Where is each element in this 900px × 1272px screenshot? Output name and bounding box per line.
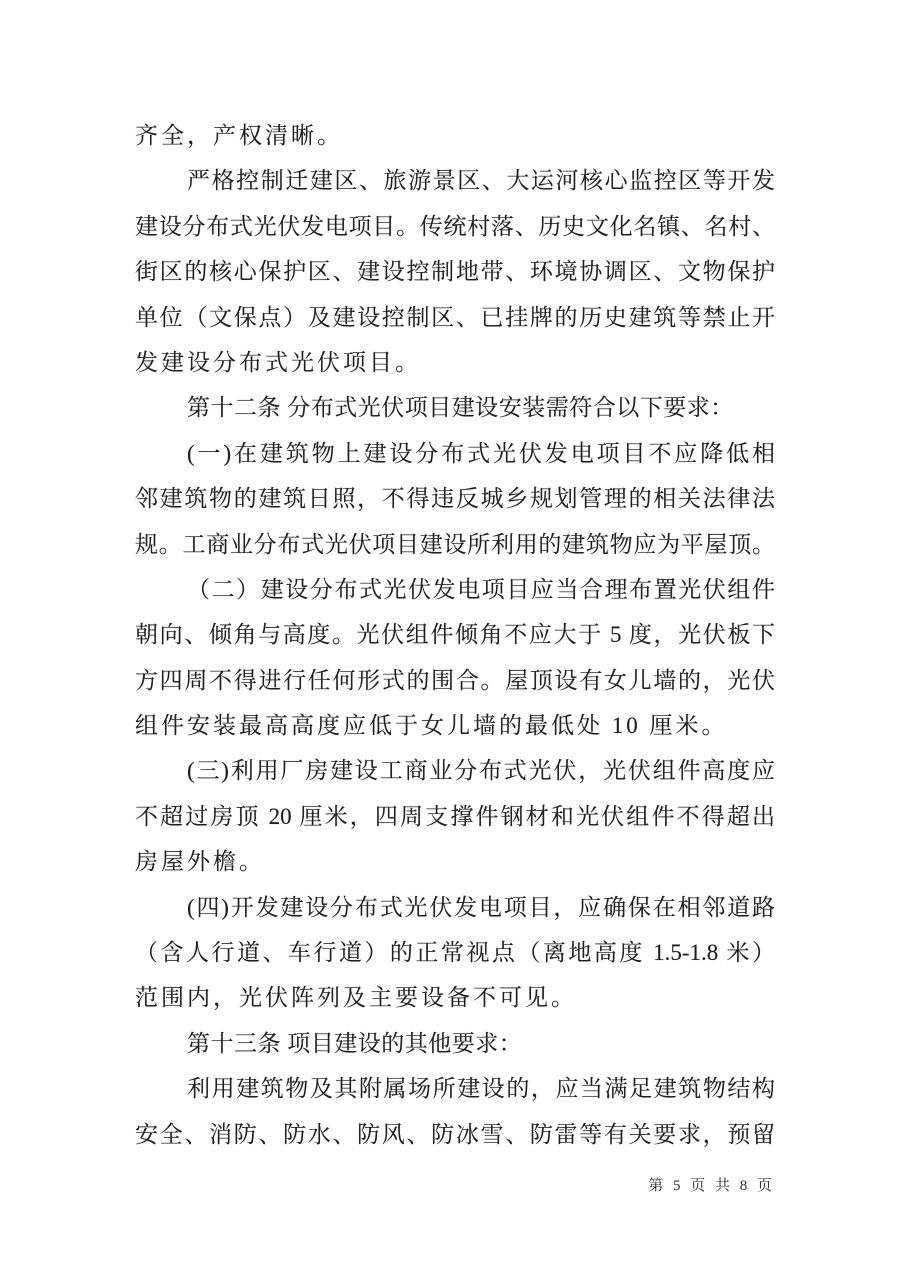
text-line: 第十三条 项目建设的其他要求： [135,1021,775,1066]
text-line: 齐全，产权清晰。 [135,113,775,158]
text-line: 朝向、倾角与高度。光伏组件倾角不应大于 5 度，光伏板下 [135,612,775,657]
text-line: （二）建设分布式光伏发电项目应当合理布置光伏组件 [135,567,775,612]
text-line: 方四周不得进行任何形式的围合。屋顶设有女儿墙的，光伏 [135,658,775,703]
text-line: 规。工商业分布式光伏项目建设所利用的建筑物应为平屋顶。 [135,522,775,567]
text-line: 严格控制迁建区、旅游景区、大运河核心监控区等开发 [135,158,775,203]
text-line: (三)利用厂房建设工商业分布式光伏，光伏组件高度应 [135,748,775,793]
text-line: 组件安装最高高度应低于女儿墙的最低处 10 厘米。 [135,703,775,748]
text-line: （含人行道、车行道）的正常视点（离地高度 1.5-1.8 米） [135,930,775,975]
page-number-footer: 第 5 页 共 8 页 [135,1174,775,1198]
document-text-block: 齐全，产权清晰。严格控制迁建区、旅游景区、大运河核心监控区等开发建设分布式光伏发… [135,113,775,1157]
text-line: 邻建筑物的建筑日照，不得违反城乡规划管理的相关法律法 [135,476,775,521]
text-line: (一)在建筑物上建设分布式光伏发电项目不应降低相 [135,431,775,476]
text-line: 不超过房顶 20 厘米，四周支撑件钢材和光伏组件不得超出 [135,794,775,839]
document-page: 齐全，产权清晰。严格控制迁建区、旅游景区、大运河核心监控区等开发建设分布式光伏发… [0,0,900,1272]
text-line: 第十二条 分布式光伏项目建设安装需符合以下要求： [135,385,775,430]
text-line: 利用建筑物及其附属场所建设的，应当满足建筑物结构 [135,1066,775,1111]
text-line: (四)开发建设分布式光伏发电项目，应确保在相邻道路 [135,885,775,930]
text-line: 建设分布式光伏发电项目。传统村落、历史文化名镇、名村、 [135,204,775,249]
text-line: 单位（文保点）及建设控制区、已挂牌的历史建筑等禁止开 [135,295,775,340]
text-line: 房屋外檐。 [135,839,775,884]
text-line: 发建设分布式光伏项目。 [135,340,775,385]
text-line: 范围内，光伏阵列及主要设备不可见。 [135,975,775,1020]
text-line: 街区的核心保护区、建设控制地带、环境协调区、文物保护 [135,249,775,294]
text-line: 安全、消防、防水、防风、防冰雪、防雷等有关要求，预留 [135,1112,775,1157]
